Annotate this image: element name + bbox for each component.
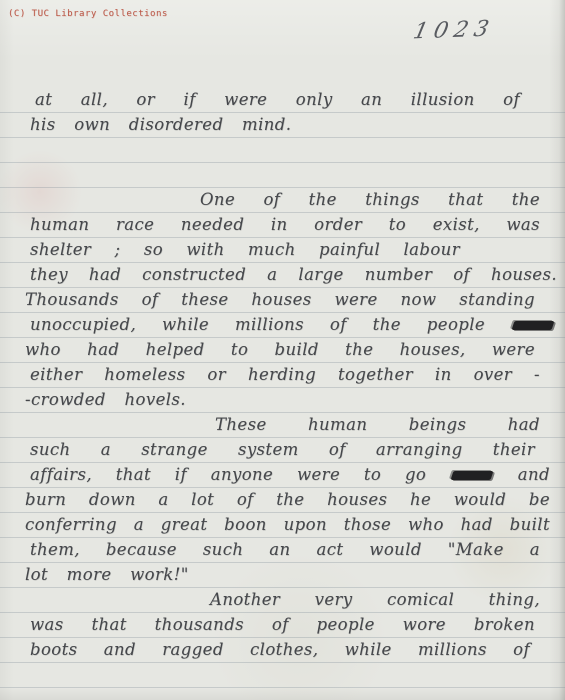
handwritten-line: boots and ragged clothes, while millions…	[30, 640, 530, 665]
handwritten-line: -crowded hovels.	[25, 390, 265, 415]
handwritten-line: who had helped to build the houses, were	[25, 340, 535, 365]
handwritten-line: affairs, that if anyone were to go and	[30, 465, 550, 490]
handwritten-line: burn down a lot of the houses he would b…	[25, 490, 550, 515]
library-watermark: (C) TUC Library Collections	[8, 9, 168, 20]
handwritten-line: they had constructed a large number of h…	[30, 265, 557, 290]
handwritten-line: at all, or if were only an illusion of	[35, 90, 520, 115]
redaction-mark	[451, 471, 494, 480]
redaction-mark	[512, 321, 555, 330]
handwritten-line: human race needed in order to exist, was	[30, 215, 540, 240]
handwritten-line: One of the things that the	[200, 190, 540, 215]
handwritten-line: unoccupied, while millions of the people	[30, 315, 555, 340]
handwritten-line: was that thousands of people wore broken	[30, 615, 535, 640]
handwritten-line: Another very comical thing,	[210, 590, 540, 615]
handwritten-line: conferring a great boon upon those who h…	[25, 515, 550, 540]
handwritten-line: such a strange system of arranging their	[30, 440, 535, 465]
handwritten-line: them, because such an act would "Make a	[30, 540, 540, 565]
handwritten-line: These human beings had	[215, 415, 540, 440]
handwritten-line: Thousands of these houses were now stand…	[25, 290, 535, 315]
handwritten-line: his own disordered mind.	[30, 115, 365, 140]
document-page: (C) TUC Library Collections 1023 at all,…	[0, 0, 565, 700]
handwritten-line: either homeless or herding together in o…	[30, 365, 540, 390]
handwritten-line: shelter ; so with much painful labour	[30, 240, 460, 265]
handwritten-line: lot more work!"	[25, 565, 265, 590]
page-number: 1023	[411, 17, 497, 45]
